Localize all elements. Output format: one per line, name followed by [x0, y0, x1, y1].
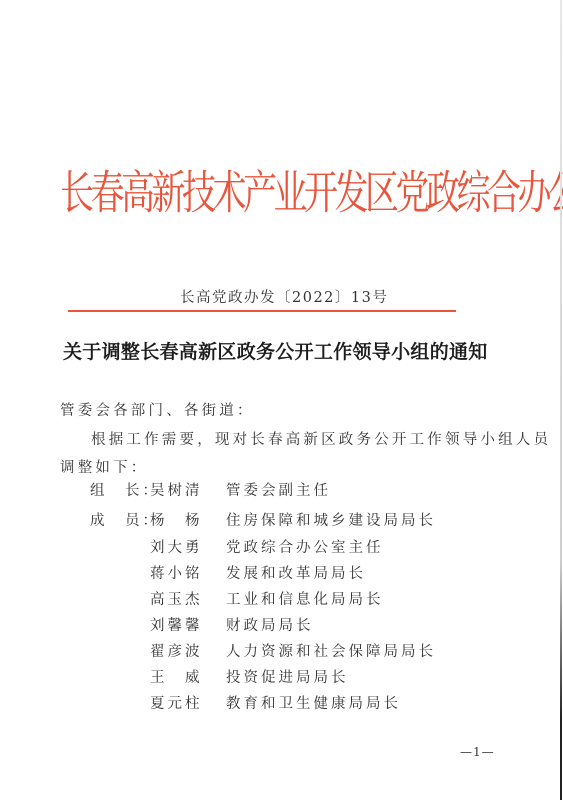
member-name: 刘大勇 — [150, 536, 203, 557]
member-row: 翟彦波 人力资源和社会保障局局长 — [0, 640, 563, 662]
member-row: 刘馨馨 财政局局长 — [0, 614, 563, 636]
member-position: 工业和信息化局局长 — [226, 588, 384, 609]
member-row: 高玉杰 工业和信息化局局长 — [0, 588, 563, 610]
member-position: 管委会副主任 — [226, 479, 331, 500]
member-position: 人力资源和社会保障局局长 — [226, 640, 436, 661]
member-name: 杨 杨 — [150, 509, 203, 530]
body-text-line-1: 根据工作需要，现对长春高新区政务公开工作领导小组人员 — [91, 428, 551, 449]
member-position: 财政局局长 — [226, 614, 314, 635]
member-row: 刘大勇 党政综合办公室主任 — [0, 536, 563, 558]
member-row: 王 威 投资促进局局长 — [0, 666, 563, 688]
member-position: 发展和改革局局长 — [226, 562, 366, 583]
member-row: 组 长： 吴树清 管委会副主任 — [0, 479, 563, 501]
member-name: 蒋小铭 — [150, 562, 203, 583]
notice-title: 关于调整长春高新区政务公开工作领导小组的通知 — [63, 337, 488, 364]
member-row: 夏元柱 教育和卫生健康局局长 — [0, 692, 563, 714]
member-position: 住房保障和城乡建设局局长 — [226, 509, 436, 530]
document-page: 长春高新技术产业开发区党政综合办公室文件 长高党政办发〔2022〕13号 关于调… — [0, 0, 563, 800]
member-position: 党政综合办公室主任 — [226, 536, 384, 557]
member-position: 教育和卫生健康局局长 — [226, 692, 401, 713]
salutation: 管委会各部门、各街道： — [60, 399, 255, 420]
page-number: —1— — [460, 745, 495, 759]
member-row: 成 员： 杨 杨 住房保障和城乡建设局局长 — [0, 509, 563, 531]
member-name: 吴树清 — [150, 479, 203, 500]
member-name: 高玉杰 — [150, 588, 203, 609]
body-text-line-2: 调整如下： — [60, 456, 149, 477]
issuer-header-title: 长春高新技术产业开发区党政综合办公室文件 — [60, 156, 510, 222]
member-row: 蒋小铭 发展和改革局局长 — [0, 562, 563, 584]
member-name: 刘馨馨 — [150, 614, 203, 635]
member-name: 翟彦波 — [150, 640, 203, 661]
member-position: 投资促进局局长 — [226, 666, 349, 687]
document-number: 长高党政办发〔2022〕13号 — [180, 286, 388, 307]
member-name: 夏元柱 — [150, 692, 203, 713]
member-name: 王 威 — [150, 666, 203, 687]
red-divider-line — [68, 310, 456, 312]
scan-edge-line — [560, 0, 562, 800]
